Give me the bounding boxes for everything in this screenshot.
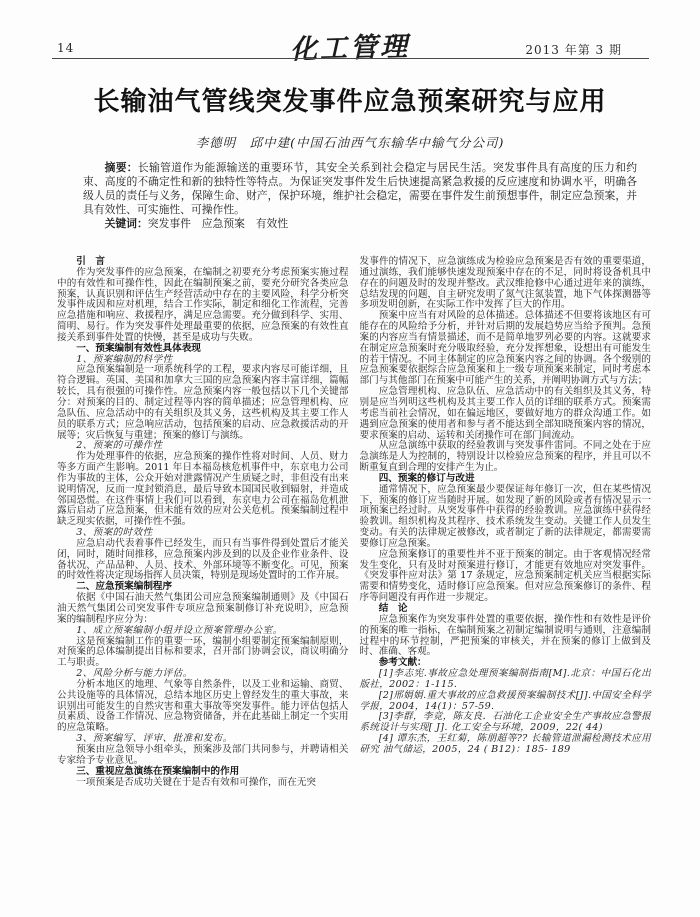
reference-item: [1]李志宪.事故应急处理预案编制指南[M].北京：中国石化出版社，2002：1… [360,669,652,691]
paragraph: 应急预案修订的重要性并不亚于预案的制定。由于客观情况经常发生变化，只有及时对预案… [360,550,652,604]
paragraph: 作为突发事件的应急预案，在编制之初要充分考虑预案实施过程中的有效性和可操作性，因… [57,268,349,344]
header-rule [52,58,649,59]
paragraph: 预案由应急领导小组牵头，预案涉及部门共同参与，并聘请相关专家给予专业意见。 [57,745,349,767]
body-columns: 引 言作为突发事件的应急预案，在编制之初要充分考虑预案实施过程中的有效性和可操作… [57,257,651,788]
section-heading: 一、预案编制有效性具体表现 [57,344,349,355]
section-heading: 三、重视应急演练在预案编制中的作用 [57,767,349,778]
reference-item: [2]邢娟娟.重大事故的应急救援预案编制技术[J].中国安全科学学报，2004，… [360,691,652,713]
paragraph: 通常情况下，应急预案最少要保证每年修订一次，但在某些情况下，预案的修订应当随时开… [360,485,652,550]
reference-item: [4] 谭东杰，王红菊，陈朋超等?? 长输管道泄漏检测技术应用研究 油气储运，2… [360,734,652,756]
subsection-heading: 1、成立预案编制小组并设立预案管理办公室。 [57,626,349,637]
reference-item: [3]李群，李竞，陈友良．石油化工企业安全生产事故应急警报系统设计与实现[ J]… [360,712,652,734]
article-title: 长输油气管线突发事件应急预案研究与应用 [0,81,700,118]
issue-label: 2013 年第 3 期 [525,41,622,58]
keywords-text: 突发事件 应急预案 有效性 [148,217,288,230]
paragraph: 应急预案作为突发事件处置的重要依据，操作性和有效性是评价的预案的唯一指标，在编制… [360,615,652,658]
journal-page: 14 化工管理 2013 年第 3 期 长输油气管线突发事件应急预案研究与应用 … [0,0,700,917]
paragraph: 预案中应当有对风险的总体描述。总体描述不但要将该地区有可能存在的风险给予分析，并… [360,311,652,387]
abstract-block: 摘要：长输管道作为能源输送的重要环节，其安全关系到社会稳定与居民生活。突发事件具… [83,161,637,231]
paragraph: 依据《中国石油天然气集团公司应急预案编制通则》及《中国石油天然气集团公司突发事件… [57,593,349,626]
paragraph: 这是预案编制工作的重要一环，编制小组要制定预案编制原则，对预案的总体编制提出目标… [57,637,349,670]
right-column: 发事件的情况下，应急演练成为检验应急预案是否有效的重要渠道，通过演练，我们能够快… [360,257,652,788]
paragraph: 应急管理机构、应急队伍、应急活动中的有关组织及其义务，特别是应当列明这些机构及其… [360,387,652,441]
paragraph-continuation: 发事件的情况下，应急演练成为检验应急预案是否有效的重要渠道，通过演练，我们能够快… [360,257,652,311]
keywords-line: 关键词：突发事件 应急预案 有效性 [83,217,637,231]
abstract-label: 摘要： [105,161,138,174]
left-column: 引 言作为突发事件的应急预案，在编制之初要充分考虑预案实施过程中的有效性和可操作… [57,257,349,788]
paragraph: 从应急演练中获取的经验教训与突发事件雷同。不同之处在于应急演练是人为控制的，特别… [360,441,652,474]
paragraph: 分析本地区的地理、气象等自然条件，以及工业和运输、商贸、公共设施等的具体情况，总… [57,680,349,734]
paragraph: 作为处理事件的依据，应急预案的操作性将对时间、人员、财力等多方面产生影响。201… [57,452,349,528]
paragraph: 应急启动代表着事件已经发生，而只有当事件得到处置后才能关闭，同时，随时间推移，应… [57,539,349,582]
abstract-paragraph: 摘要：长输管道作为能源输送的重要环节，其安全关系到社会稳定与居民生活。突发事件具… [83,161,637,217]
abstract-text: 长输管道作为能源输送的重要环节，其安全关系到社会稳定与居民生活。突发事件具有高度… [83,161,637,216]
keywords-label: 关键词： [105,217,148,230]
authors-line: 李德明 邱中建(中国石油西气东输华中输气分公司) [0,133,700,151]
paragraph: 应急预案编制是一项系统科学的工程，要求内容尽可能详细，且符合逻辑。英国、美国和加… [57,365,349,441]
paragraph: 一项预案是否成功关键在于是否有效和可操作，而在无突 [57,778,349,789]
